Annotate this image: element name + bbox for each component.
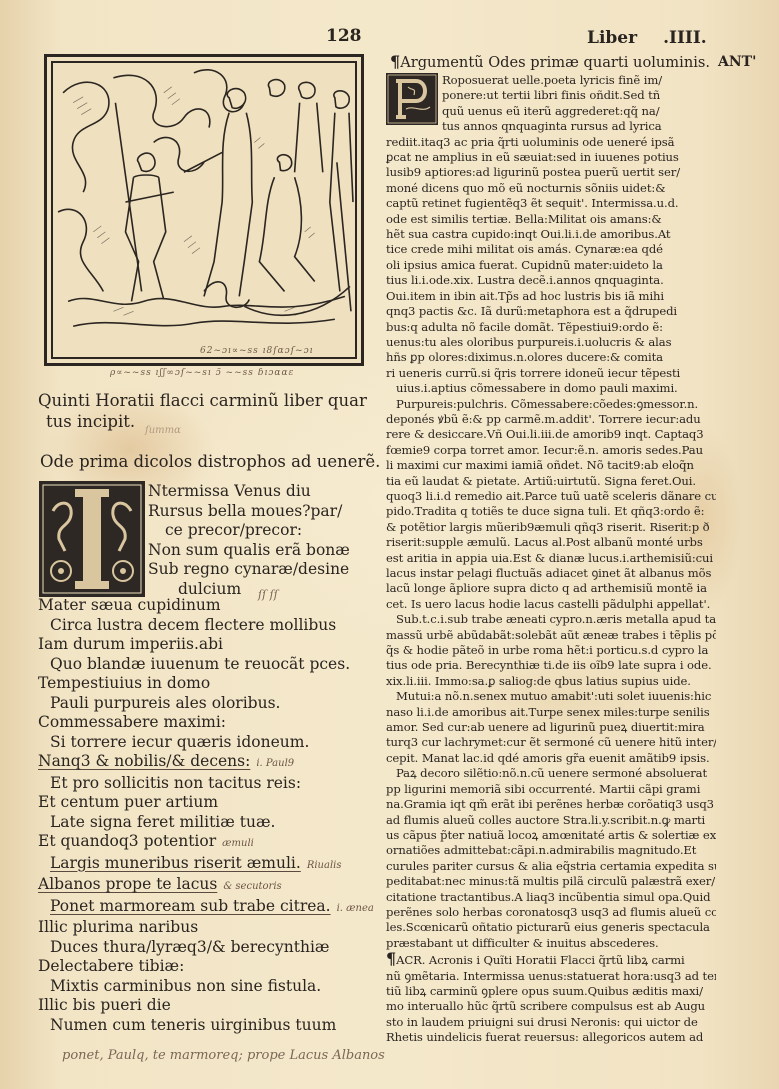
poem-line-text: Circa lustra decem flectere mollibus xyxy=(50,616,336,634)
poem-line: Iam durum imperiis.abi xyxy=(38,635,378,655)
poem-line: Sub regno cynaræ/desine xyxy=(148,560,368,580)
commentary-line: bus:q adulta nõ facile domãt. Tẽpestiui9… xyxy=(386,320,716,335)
handwritten-gloss: i. Paul9 xyxy=(256,758,294,769)
commentary-line: & potẽtior largis mũerib9æmuli qñq3 rise… xyxy=(386,520,716,535)
poem-line-text: Tempestiuius in domo xyxy=(38,674,210,692)
poem-line: Nanq3 & nobilis/& decens:i. Paul9 xyxy=(38,752,378,774)
commentary-line: ad flumis alueũ colles auctore Stra.li.y… xyxy=(386,813,716,828)
commentary-line: uenus:tu ales oloribus purpureis.i.uoluc… xyxy=(386,335,716,350)
commentary-line: citatione tractantibus.A liaq3 incũbenti… xyxy=(386,890,716,905)
poem-line: Illic bis pueri die xyxy=(38,996,378,1016)
commentary-column: ¶Argumentũ Odes primæ quarti uoluminis. … xyxy=(386,53,716,71)
commentary-line: tiũ libꝝ carminũ ꝯplere opus suum.Quibus… xyxy=(386,984,716,999)
commentary-line: curules pariter cursus & alia eq̃stria c… xyxy=(386,859,716,874)
poem-line: Non sum qualis erã bonæ xyxy=(148,541,368,561)
commentary-line: li maximi cur maximi iamiã oñdet. Nõ tac… xyxy=(386,458,716,473)
commentary-line: cet. Is uero lacus hodie lacus castelli … xyxy=(386,597,716,612)
commentary-line: peditabat:nec minus:tã multis pilã circu… xyxy=(386,874,716,889)
margin-note-ant: ANT' xyxy=(718,54,756,70)
poem-line: Albanos prope te lacus& secutoris xyxy=(38,875,378,897)
commentary-line: mo interuallo hũc q̃rtũ scribere compuls… xyxy=(386,999,716,1014)
poem-line-text: Et quandoq3 potentior xyxy=(38,832,216,850)
poem-line-text: Numen cum teneris uirginibus tuum xyxy=(50,1016,336,1034)
poem-line-text: Et pro sollicitis non tacitus reis: xyxy=(50,774,301,792)
poem-line-text: Late signa feret militiæ tuæ. xyxy=(50,813,275,831)
commentary-line: ꝑcat ne amplius in eũ sæuiat:sed in iuue… xyxy=(386,150,716,165)
commentary-line: deponés ꝟbũ ẽ:& pp carmẽ.m.addit'. Torre… xyxy=(386,412,716,427)
poem-line: Et pro sollicitis non tacitus reis: xyxy=(38,774,378,794)
commentary-line: amor. Sed cur:ab uenere ad ligurinũ pueꝝ… xyxy=(386,720,716,735)
commentary-line: hẽt sua castra cupido:inqt Oui.li.i.de a… xyxy=(386,227,716,242)
argument-heading-text: Argumentũ Odes primæ quarti uoluminis. xyxy=(400,54,710,71)
commentary-line: Sub.t.c.i.sub trabe æneati cypro.n.æris … xyxy=(386,612,716,627)
poem-line-text: Et centum puer artium xyxy=(38,793,218,811)
commentary-line: Oui.item in ibin ait.Tp̃s ad hoc lustris… xyxy=(386,289,716,304)
poem-line: Mater sæua cupidinum xyxy=(38,596,378,616)
running-head-label: Liber xyxy=(587,28,637,48)
commentary-line: sto in laudem priuigni sui drusi Neronis… xyxy=(386,1015,716,1030)
poem-line-text: Illic bis pueri die xyxy=(38,996,171,1014)
book-number: .IIII. xyxy=(663,28,707,48)
commentary-line: ¶ACR. Acronis i Quĩti Horatii Flacci q̃r… xyxy=(386,951,716,968)
commentary-line: quoq3 li.i.d remedio ait.Parce tuũ uatẽ … xyxy=(386,489,716,504)
commentary-line: lacũ longe ãpliore supra dicto q ad arth… xyxy=(386,581,716,596)
woodcut-handwritten-caption: 62~ɔı∝~ss ı8ſɑɔſ~ɔı xyxy=(200,346,314,356)
poem-line-text: Mater sæua cupidinum xyxy=(38,596,221,614)
commentary-line: ri ueneris currũ.si q̃ris torrere idoneũ… xyxy=(386,366,716,381)
commentary-line: ornatiões admittebat:cãpi.n.admirabilis … xyxy=(386,843,716,858)
decorated-initial-I xyxy=(39,481,145,597)
pilcrow-icon: ¶ xyxy=(386,951,396,968)
poem-line-text: Ponet marmoream sub trabe citrea. xyxy=(50,897,331,915)
book-title-line-1: Quinti Horatii flacci carminũ liber quar xyxy=(38,390,368,411)
commentary-line: nũ ꝯmẽtaria. Intermissa uenus:statuerat … xyxy=(386,969,716,984)
poem-line-text: Duces thura/lyræq3/& berecynthiæ xyxy=(50,938,329,956)
poem-line-text: Mixtis carminibus non sine fistula. xyxy=(50,977,321,995)
poem-body: Mater sæua cupidinum Circa lustra decem … xyxy=(38,596,378,1035)
poem-line: Largis muneribus riserit æmuli.Riualis xyxy=(38,854,378,876)
poem-opening-lines: Ntermissa Venus diu Rursus bella moues?p… xyxy=(148,482,368,599)
handwritten-gloss: & secutoris xyxy=(223,881,281,892)
commentary-line: les.Scœnicarũ oñtatio picturarũ eius gen… xyxy=(386,920,716,935)
folio-number: 128 xyxy=(326,26,362,46)
poem-line: Circa lustra decem flectere mollibus xyxy=(38,616,378,636)
book-title-line-2: tus incipit. xyxy=(38,411,368,432)
commentary-line: oli ipsius amica fuerat. Cupidnũ mater:u… xyxy=(386,258,716,273)
commentary-text: Roposuerat uelle.poeta lyricis finẽ im/ … xyxy=(386,73,716,1046)
commentary-line: na.Gramia iqt qm̃ erãt ibi perẽnes herbæ… xyxy=(386,797,716,812)
commentary-line-text: ACR. Acronis i Quĩti Horatii Flacci q̃rt… xyxy=(396,953,685,967)
commentary-line: Purpureis:pulchris. Cõmessabere:cõedes:ꝯ… xyxy=(386,397,716,412)
poem-line: Ntermissa Venus diu xyxy=(148,482,368,502)
poem-line-text: Albanos prope te lacus xyxy=(38,875,217,893)
decorated-initial-i-icon xyxy=(39,481,145,597)
commentary-line: rere & desiccare.Vñ Oui.li.iii.de amorib… xyxy=(386,427,716,442)
commentary-line: moné dicens quo mõ eũ nocturnis sõniis u… xyxy=(386,181,716,196)
poem-line: Tempestiuius in domo xyxy=(38,674,378,694)
commentary-line: lacus instar pelagi fluctuãs adiacet ꝯin… xyxy=(386,566,716,581)
commentary-line: turq3 cur lachrymet:cur ẽt sermoné cũ ue… xyxy=(386,735,716,750)
commentary-line: massũ urbẽ abũdabãt:solebãt aũt æneæ tra… xyxy=(386,628,716,643)
handwritten-gloss: æmuli xyxy=(222,838,254,849)
poem-line: Rursus bella moues?par/ xyxy=(148,502,368,522)
commentary-line: tius li.i.ode.xix. Lustra decẽ.i.annos q… xyxy=(386,273,716,288)
commentary-line: xix.li.iii. Immo:sa.ꝑ saliog:de qbus lat… xyxy=(386,674,716,689)
poem-line: Delectabere tibiæ: xyxy=(38,957,378,977)
handwritten-bottom-note: ponet, Paulq, te marmoreq; prope Lacus A… xyxy=(62,1048,385,1063)
poem-line: Illic plurima naribus xyxy=(38,918,378,938)
poem-line-text: Quo blandæ iuuenum te reuocãt pces. xyxy=(50,655,350,673)
commentary-line: præstabant ut difficulter & inuitus absc… xyxy=(386,936,716,951)
woodcut-scene-icon xyxy=(53,63,355,357)
poem-line: ce precor/precor: xyxy=(148,521,368,541)
handwritten-gloss: i. ænea xyxy=(337,903,374,914)
commentary-line: perẽnes solo herbas coronatosq3 usq3 ad … xyxy=(386,905,716,920)
pilcrow-icon: ¶ xyxy=(390,52,400,71)
poem-line: Et quandoq3 potentioræmuli xyxy=(38,832,378,854)
poem-line-text: Nanq3 & nobilis/& decens: xyxy=(38,752,250,770)
poem-line-text: Iam durum imperiis.abi xyxy=(38,635,223,653)
commentary-line: quũ uenus eũ iterũ aggrederet:qq̃ na/ xyxy=(386,104,716,119)
commentary-line: q̃s & hodie pãteõ in urbe roma hẽt:i por… xyxy=(386,643,716,658)
commentary-line: pp ligurini memoriã sibi occurrenté. Mar… xyxy=(386,782,716,797)
poem-line: Si torrere iecur quæris idoneum. xyxy=(38,733,378,753)
commentary-line: est aritia in appia uia.Est & dianæ lucu… xyxy=(386,551,716,566)
argument-heading: ¶Argumentũ Odes primæ quarti uoluminis. xyxy=(390,53,716,71)
commentary-line: lusib9 aptiores:ad ligurinũ postea puerũ… xyxy=(386,165,716,180)
poem-line-text: Pauli purpureis ales oloribus. xyxy=(50,694,280,712)
running-head: Liber.IIII. xyxy=(587,28,707,48)
poem-line: Commessabere maximi: xyxy=(38,713,378,733)
commentary-line: Mutui:a nõ.n.senex mutuo amabit':uti sol… xyxy=(386,689,716,704)
commentary-line: Roposuerat uelle.poeta lyricis finẽ im/ xyxy=(386,73,716,88)
handwritten-note-below-woodcut: ρ∝~~ss ıʃʃ∞ɔſ~~sı ɔ̃ ~~ss ɓıɔɑɑɛ xyxy=(110,368,294,378)
poem-line: Ponet marmoream sub trabe citrea.i. ænea xyxy=(38,897,378,919)
commentary-line: us cãpus p̃ter natiuã locoꝝ amœnitaté ar… xyxy=(386,828,716,843)
commentary-line: Paꝝ decoro silẽtio:nõ.n.cũ uenere sermon… xyxy=(386,766,716,781)
handwritten-gloss: Riualis xyxy=(307,860,342,871)
commentary-line: fœmie9 corpa torret amor. Iecur:ẽ.n. amo… xyxy=(386,443,716,458)
commentary-line: qnq3 pactis &c. Iã durũ:metaphora est a … xyxy=(386,304,716,319)
woodcut-frame xyxy=(51,61,357,359)
commentary-line: captũ retinet fugientẽq3 ẽt sequit'. Int… xyxy=(386,196,716,211)
margin-scribble: ſummɑ xyxy=(145,425,181,436)
commentary-line: tice crede mihi militat ois amás. Cynaræ… xyxy=(386,242,716,257)
commentary-line: cepit. Manat lac.id qdé amoris gr̃a euen… xyxy=(386,751,716,766)
commentary-line: uius.i.aptius cõmessabere in domo pauli … xyxy=(386,381,716,396)
poem-title-block: Quinti Horatii flacci carminũ liber quar… xyxy=(38,390,368,432)
poem-line-text: Commessabere maximi: xyxy=(38,713,226,731)
commentary-line: hñs ꝑp olores:diximus.n.olores ducere:& … xyxy=(386,350,716,365)
commentary-line: ode est similis tertiæ. Bella:Militat oi… xyxy=(386,212,716,227)
poem-line-text: Si torrere iecur quæris idoneum. xyxy=(50,733,309,751)
commentary-line: pido.Tradita q totiẽs te duce signa tuli… xyxy=(386,504,716,519)
ode-heading: Ode prima dicolos distrophos ad uenerẽ. xyxy=(40,452,380,471)
commentary-line: tius ode pria. Berecynthiæ ti.de iis oĩb… xyxy=(386,658,716,673)
poem-line-text: Delectabere tibiæ: xyxy=(38,957,184,975)
poem-line-text: Largis muneribus riserit æmuli. xyxy=(50,854,301,872)
poem-line: Quo blandæ iuuenum te reuocãt pces. xyxy=(38,655,378,675)
commentary-line: Rhetis uindelicis fuerat reuersus: alleg… xyxy=(386,1030,716,1045)
poem-line: Numen cum teneris uirginibus tuum xyxy=(38,1016,378,1036)
woodcut-illustration xyxy=(44,54,364,366)
poem-line: Et centum puer artium xyxy=(38,793,378,813)
poem-line: Duces thura/lyræq3/& berecynthiæ xyxy=(38,938,378,958)
commentary-line: tia eũ laudat & pietate. Artiũ:uirtutũ. … xyxy=(386,474,716,489)
commentary-line: riserit:supple æmulũ. Lacus al.Post alba… xyxy=(386,535,716,550)
poem-line-text: Illic plurima naribus xyxy=(38,918,198,936)
commentary-line: naso li.i.de amoribus ait.Turpe senex mi… xyxy=(386,705,716,720)
commentary-line: tus annos qnquaginta rursus ad lyrica xyxy=(386,119,716,134)
commentary-line: ponere:ut tertii libri finis oñdit.Sed t… xyxy=(386,88,716,103)
poem-line: Pauli purpureis ales oloribus. xyxy=(38,694,378,714)
poem-line: Mixtis carminibus non sine fistula. xyxy=(38,977,378,997)
poem-line: Late signa feret militiæ tuæ. xyxy=(38,813,378,833)
commentary-line: rediit.itaq3 ac pria q̃rti uoluminis ode… xyxy=(386,135,716,150)
